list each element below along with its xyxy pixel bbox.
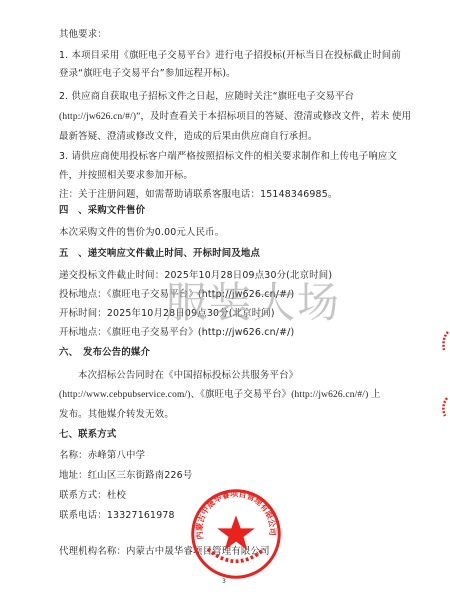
page-number: 3 [222, 578, 226, 585]
section-7-heading: 七、联系方式 [59, 429, 116, 441]
contact-address: 地址：红山区三东街路南226号 [59, 470, 192, 482]
document-page: 其他要求： 1. 本项目采用《旗旺电子交易平台》进行电子招投标(开标当日在投标截… [0, 0, 450, 600]
requirement-2-line-1: 2. 供应商自获取电子招标文件之日起，应随时关注“旗旺电子交易平台 [59, 91, 354, 103]
contact-person: 联系方式：杜校 [59, 490, 126, 502]
media-line-3: 发布。其他媒介转发无效。 [59, 409, 174, 421]
requirement-2-line-3: 最新答疑、澄清或修改文件，造成的后果由供应商自行承担。 [59, 131, 318, 143]
requirement-2-line-2: (http://jw626.cn/#/)”，及时查看关于本招标项目的答疑、澄清或… [59, 111, 411, 123]
partial-seal-edge-icon [438, 330, 450, 420]
contact-phone: 联系电话：13327161978 [59, 510, 175, 522]
company-seal-icon: 内蒙古中晟华睿项目管理有限公司 [189, 487, 283, 581]
contact-name: 名称：赤峰第八中学 [59, 450, 145, 462]
requirement-3-line-1: 3. 请供应商使用投标客户端严格按照招标文件的相关要求制作和上传电子响应文 [59, 151, 397, 163]
other-requirements-heading: 其他要求： [59, 29, 107, 41]
section-4-heading: 四 、采购文件售价 [59, 205, 145, 217]
watermark: 服装大场 [165, 270, 341, 330]
requirement-1-line-1: 1. 本项目采用《旗旺电子交易平台》进行电子招投标(开标当日在投标截止时间前 [59, 50, 401, 62]
media-line-2: (http://www.cebpubservice.com/)、《旗旺电子交易平… [59, 389, 381, 401]
section-4-text: 本次采购文件的售价为0.00元人民币。 [59, 227, 224, 239]
requirement-1-line-2: 登录“旗旺电子交易平台”参加远程开标)。 [59, 68, 236, 80]
requirement-3-line-2: 件，并按照相关要求参加开标。 [59, 170, 193, 182]
section-5-heading: 五 、递交响应文件截止时间、开标时间及地点 [59, 248, 260, 260]
media-line-1: 本次招标公告同时在《中国招标投标公共服务平台》 [78, 370, 298, 382]
registration-note: 注：关于注册问题，如需帮助请联系客服电话：15148346985。 [59, 189, 337, 201]
section-6-heading: 六、 发布公告的媒介 [59, 347, 150, 359]
